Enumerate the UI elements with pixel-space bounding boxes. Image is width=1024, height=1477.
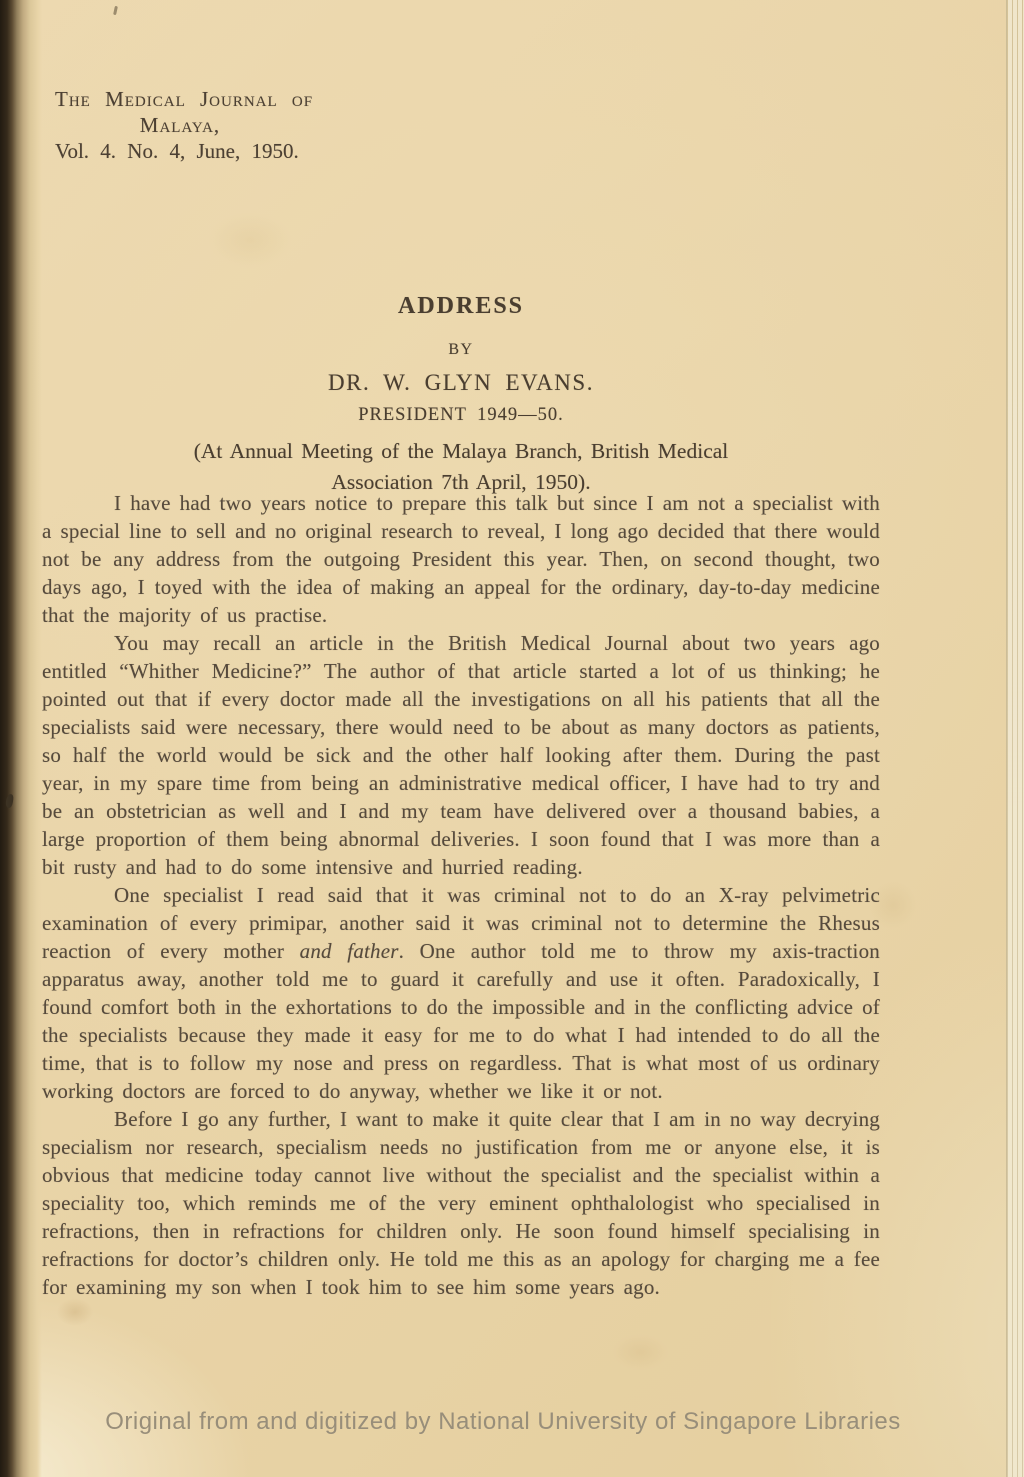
paragraph-text: Before I go any further, I want to make … xyxy=(42,1107,880,1299)
ink-speck-small xyxy=(113,6,118,15)
digitization-credit-text: Original from and digitized by National … xyxy=(105,1408,901,1435)
author-name: DR. W. GLYN EVANS. xyxy=(42,370,880,396)
paragraph-text: I have had two years notice to prepare t… xyxy=(42,491,880,627)
paragraph-text: You may recall an article in the British… xyxy=(42,631,880,879)
stacked-page-edges xyxy=(1006,0,1024,1477)
book-binding-shadow xyxy=(0,0,42,1477)
byline-label: BY xyxy=(42,341,880,359)
article-body: I have had two years notice to prepare t… xyxy=(42,489,880,1301)
paragraph-2: You may recall an article in the British… xyxy=(42,629,880,881)
journal-volume-issue: Vol. 4. No. 4, June, 1950. xyxy=(55,138,345,164)
president-tenure: PRESIDENT 1949—50. xyxy=(42,405,880,426)
italic-phrase: and father xyxy=(300,939,399,963)
paragraph-4: Before I go any further, I want to make … xyxy=(42,1105,880,1301)
paragraph-3: One specialist I read said that it was c… xyxy=(42,881,880,1105)
journal-masthead: The Medical Journal of Malaya, Vol. 4. N… xyxy=(55,86,345,164)
digitization-credit: Original from and digitized by National … xyxy=(0,1408,1006,1436)
article-title-block: ADDRESS BY DR. W. GLYN EVANS. PRESIDENT … xyxy=(42,293,880,498)
journal-title-line2: Malaya, xyxy=(55,112,305,138)
paragraph-1: I have had two years notice to prepare t… xyxy=(42,489,880,629)
scanned-journal-page: The Medical Journal of Malaya, Vol. 4. N… xyxy=(0,0,1024,1477)
journal-title-line1: The Medical Journal of xyxy=(55,86,345,112)
paragraph-text: . One author told me to throw my axis-tr… xyxy=(42,939,880,1103)
article-title: ADDRESS xyxy=(42,293,880,320)
